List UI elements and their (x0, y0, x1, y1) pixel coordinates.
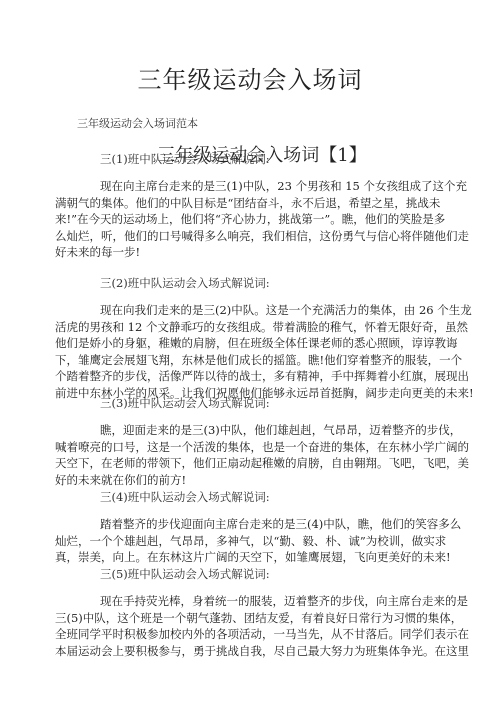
paragraph-line: 他们是娇小的身躯，稚嫩的肩膀，但在班级全体任课老师的悉心照顾，谆谆教诲 (55, 335, 500, 352)
paragraph-line: 三(5)中队，这个班是一个朝气蓬勃、团结友爱，有着良好日常行为习惯的集体， (55, 610, 500, 627)
paragraph-line: 好未来的每一步! (55, 244, 500, 261)
paragraph-line: 满朝气的集体。他们的中队目标是“团结奋斗，永不后退，希望之星，挑战未 (55, 195, 500, 212)
paragraph-line: 本届运动会上要积极参与，勇于挑战自我，尽自己最大努力为班集体争光。在这里 (55, 643, 500, 660)
section-paragraph: 现在向我们走来的是三(2)中队。这是一个充满活力的集体，由 26 个生龙 活虎的… (55, 302, 500, 401)
section-class-3-5: 三(5)班中队运动会入场式解说词: 现在手持荧光棒，身着统一的服装，迈着整齐的步… (55, 566, 500, 659)
section-paragraph: 踏着整齐的步伐迎面向主席台走来的是三(4)中队，瞧，他们的笑容多么 灿烂，一个个… (55, 516, 500, 566)
document-title: 三年级运动会入场词 (0, 60, 500, 95)
paragraph-line: 全班同学平时积极参加校内外的各项活动，一马当先，从不甘落后。同学们表示在 (55, 626, 500, 643)
section-paragraph: 现在手持荧光棒，身着统一的服装，迈着整齐的步伐，向主席台走来的是 三(5)中队，… (55, 593, 500, 659)
document-subtitle: 三年级运动会入场词范本 (77, 115, 198, 131)
paragraph-line: 踏着整齐的步伐迎面向主席台走来的是三(4)中队，瞧，他们的笑容多么 (55, 516, 500, 533)
section-heading: 三(2)班中队运动会入场式解说词: (55, 275, 500, 291)
paragraph-line: 来!”在今天的运动场上，他们将“齐心协力，挑战第一”。瞧，他们的笑脸是多 (55, 211, 500, 228)
paragraph-line: 现在手持荧光棒，身着统一的服装，迈着整齐的步伐，向主席台走来的是 (55, 593, 500, 610)
section-heading: 三(3)班中队运动会入场式解说词: (55, 395, 500, 411)
section-class-3-1: 三(1)班中队运动会入场式解说词: 现在向主席台走来的是三(1)中队，23 个男… (55, 151, 500, 261)
paragraph-line: 么灿烂，听，他们的口号喊得多么响亮，我们相信，这份勇气与信心将伴随他们走 (55, 228, 500, 245)
section-paragraph: 瞧，迎面走来的是三(3)中队，他们雄赳赳，气昂昂，迈着整齐的步伐， 喊着嘹亮的口… (55, 422, 500, 488)
section-heading: 三(5)班中队运动会入场式解说词: (55, 566, 500, 582)
paragraph-line: 活虎的男孩和 12 个文静乖巧的女孩组成。带着满脸的稚气，怀着无限好奇，虽然 (55, 319, 500, 336)
section-heading: 三(1)班中队运动会入场式解说词: (55, 151, 500, 167)
paragraph-line: 喊着嘹亮的口号，这是一个活泼的集体，也是一个奋进的集体，在东林小学广阔的 (55, 439, 500, 456)
paragraph-line: 真，崇美，向上。在东林这片广阔的天空下，如雏鹰展翅，飞向更美好的未来! (55, 549, 500, 566)
section-heading: 三(4)班中队运动会入场式解说词: (55, 489, 500, 505)
paragraph-line: 天空下，在老师的带领下，他们正扇动起稚嫩的肩膀，自由翱翔。飞吧，飞吧，美 (55, 455, 500, 472)
paragraph-line: 个踏着整齐的步伐，活像严阵以待的战士，多有精神，手中挥舞着小红旗，展现出 (55, 368, 500, 385)
paragraph-line: 灿烂，一个个雄赳赳，气昂昂，多神气，以“勤、毅、朴、诚”为校训，做实求 (55, 533, 500, 550)
document-page: 三年级运动会入场词 三年级运动会入场词范本 三年级运动会入场词【1】 三(1)班… (0, 0, 500, 707)
paragraph-line: 现在向我们走来的是三(2)中队。这是一个充满活力的集体，由 26 个生龙 (55, 302, 500, 319)
paragraph-line: 好的未来就在你们的前方! (55, 472, 500, 489)
section-class-3-3: 三(3)班中队运动会入场式解说词: 瞧，迎面走来的是三(3)中队，他们雄赳赳，气… (55, 395, 500, 488)
paragraph-line: 现在向主席台走来的是三(1)中队，23 个男孩和 15 个女孩组成了这个充 (55, 178, 500, 195)
section-class-3-2: 三(2)班中队运动会入场式解说词: 现在向我们走来的是三(2)中队。这是一个充满… (55, 275, 500, 401)
paragraph-line: 瞧，迎面走来的是三(3)中队，他们雄赳赳，气昂昂，迈着整齐的步伐， (55, 422, 500, 439)
paragraph-line: 下，雏鹰定会展翅飞翔，东林是他们成长的摇篮。瞧!他们穿着整齐的服装，一个 (55, 352, 500, 369)
section-paragraph: 现在向主席台走来的是三(1)中队，23 个男孩和 15 个女孩组成了这个充 满朝… (55, 178, 500, 261)
section-class-3-4: 三(4)班中队运动会入场式解说词: 踏着整齐的步伐迎面向主席台走来的是三(4)中… (55, 489, 500, 566)
